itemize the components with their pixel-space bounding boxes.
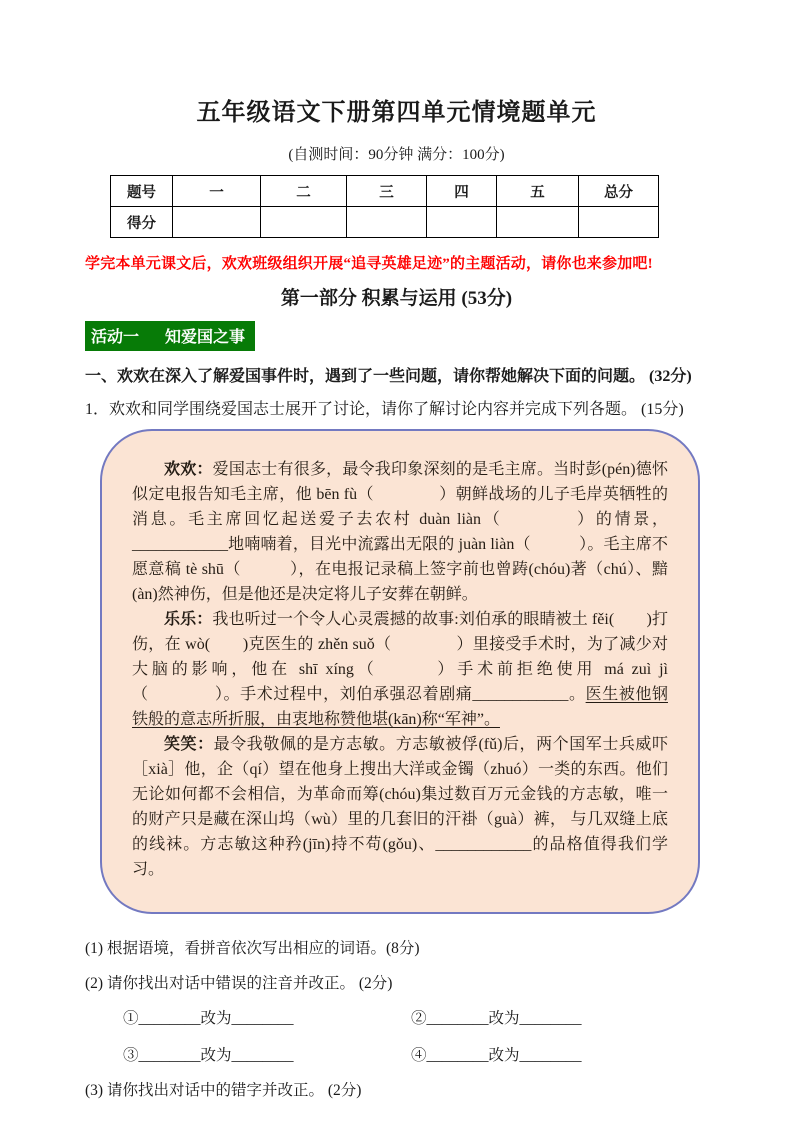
score-cell-3 xyxy=(347,207,427,238)
score-header-3: 三 xyxy=(347,176,427,207)
score-cell-2 xyxy=(261,207,347,238)
score-table-score-row: 得分 xyxy=(111,207,659,238)
score-header-label: 题号 xyxy=(111,176,173,207)
correction-blank-4: ④________改为________ xyxy=(411,1043,699,1065)
speaker-huanhuan: 欢欢： xyxy=(164,461,213,478)
correction-blank-3: ③________改为________ xyxy=(123,1043,411,1065)
dialogue-huanhuan-text: 爱国志士有很多，最令我印象深刻的是毛主席。当时彭(pén)德怀似定电报告知毛主席… xyxy=(132,461,668,603)
score-cell-total xyxy=(579,207,659,238)
score-cell-5 xyxy=(497,207,579,238)
speaker-xiaoxiao: 笑笑： xyxy=(164,736,214,753)
score-cell-4 xyxy=(427,207,497,238)
activity-1-number: 活动一 xyxy=(91,327,139,346)
score-table-header-row: 题号 一 二 三 四 五 总分 xyxy=(111,176,659,207)
page-title: 五年级语文下册第四单元情境题单元 xyxy=(85,92,708,127)
speaker-lele: 乐乐： xyxy=(164,611,212,628)
exam-info: (自测时间：90分钟 满分：100分) xyxy=(85,143,708,164)
score-header-1: 一 xyxy=(173,176,261,207)
correction-blank-2: ②________改为________ xyxy=(411,1006,699,1028)
question-1-intro: 一、欢欢在深入了解爱国事件时，遇到了一些问题，请你帮她解决下面的问题。 (32分… xyxy=(85,363,708,386)
question-1-1-3: (3) 请你找出对话中的错字并改正。 (2分) xyxy=(85,1078,708,1100)
pinyin-correction-blanks: ①________改为________ ②________改为________ … xyxy=(123,1006,708,1065)
score-header-4: 四 xyxy=(427,176,497,207)
question-1-1-intro: 1．欢欢和同学围绕爱国志士展开了讨论，请你了解讨论内容并完成下列各题。 (15分… xyxy=(85,396,708,419)
activity-1-label: 活动一知爱国之事 xyxy=(85,321,255,351)
activity-1-title: 知爱国之事 xyxy=(165,327,245,346)
score-header-total: 总分 xyxy=(579,176,659,207)
dialogue-xiaoxiao: 笑笑：最令我敬佩的是方志敏。方志敏被俘(fǔ)后，两个国军士兵威吓［xià］他，… xyxy=(132,732,668,882)
question-1-1-1: (1) 根据语境，看拼音依次写出相应的词语。(8分) xyxy=(85,936,708,958)
dialogue-xiaoxiao-text: 最令我敬佩的是方志敏。方志敏被俘(fǔ)后，两个国军士兵威吓［xià］他，企（q… xyxy=(132,736,668,878)
dialogue-lele: 乐乐：我也听过一个令人心灵震撼的故事:刘伯承的眼睛被土 fěi( )打伤，在 w… xyxy=(132,607,668,732)
dialogue-huanhuan: 欢欢：爱国志士有很多，最令我印象深刻的是毛主席。当时彭(pén)德怀似定电报告知… xyxy=(132,457,668,607)
score-row-label: 得分 xyxy=(111,207,173,238)
score-table: 题号 一 二 三 四 五 总分 得分 xyxy=(110,175,659,238)
score-cell-1 xyxy=(173,207,261,238)
question-1-1-2: (2) 请你找出对话中错误的注音并改正。 (2分) xyxy=(85,971,708,993)
score-header-5: 五 xyxy=(497,176,579,207)
activity-notice: 学完本单元课文后，欢欢班级组织开展“追寻英雄足迹”的主题活动，请你也来参加吧! xyxy=(85,252,708,273)
dialogue-bubble: 欢欢：爱国志士有很多，最令我印象深刻的是毛主席。当时彭(pén)德怀似定电报告知… xyxy=(100,429,700,914)
part1-heading: 第一部分 积累与运用 (53分) xyxy=(85,283,708,310)
correction-blank-1: ①________改为________ xyxy=(123,1006,411,1028)
exam-page: 五年级语文下册第四单元情境题单元 (自测时间：90分钟 满分：100分) 题号 … xyxy=(0,0,793,1122)
score-header-2: 二 xyxy=(261,176,347,207)
